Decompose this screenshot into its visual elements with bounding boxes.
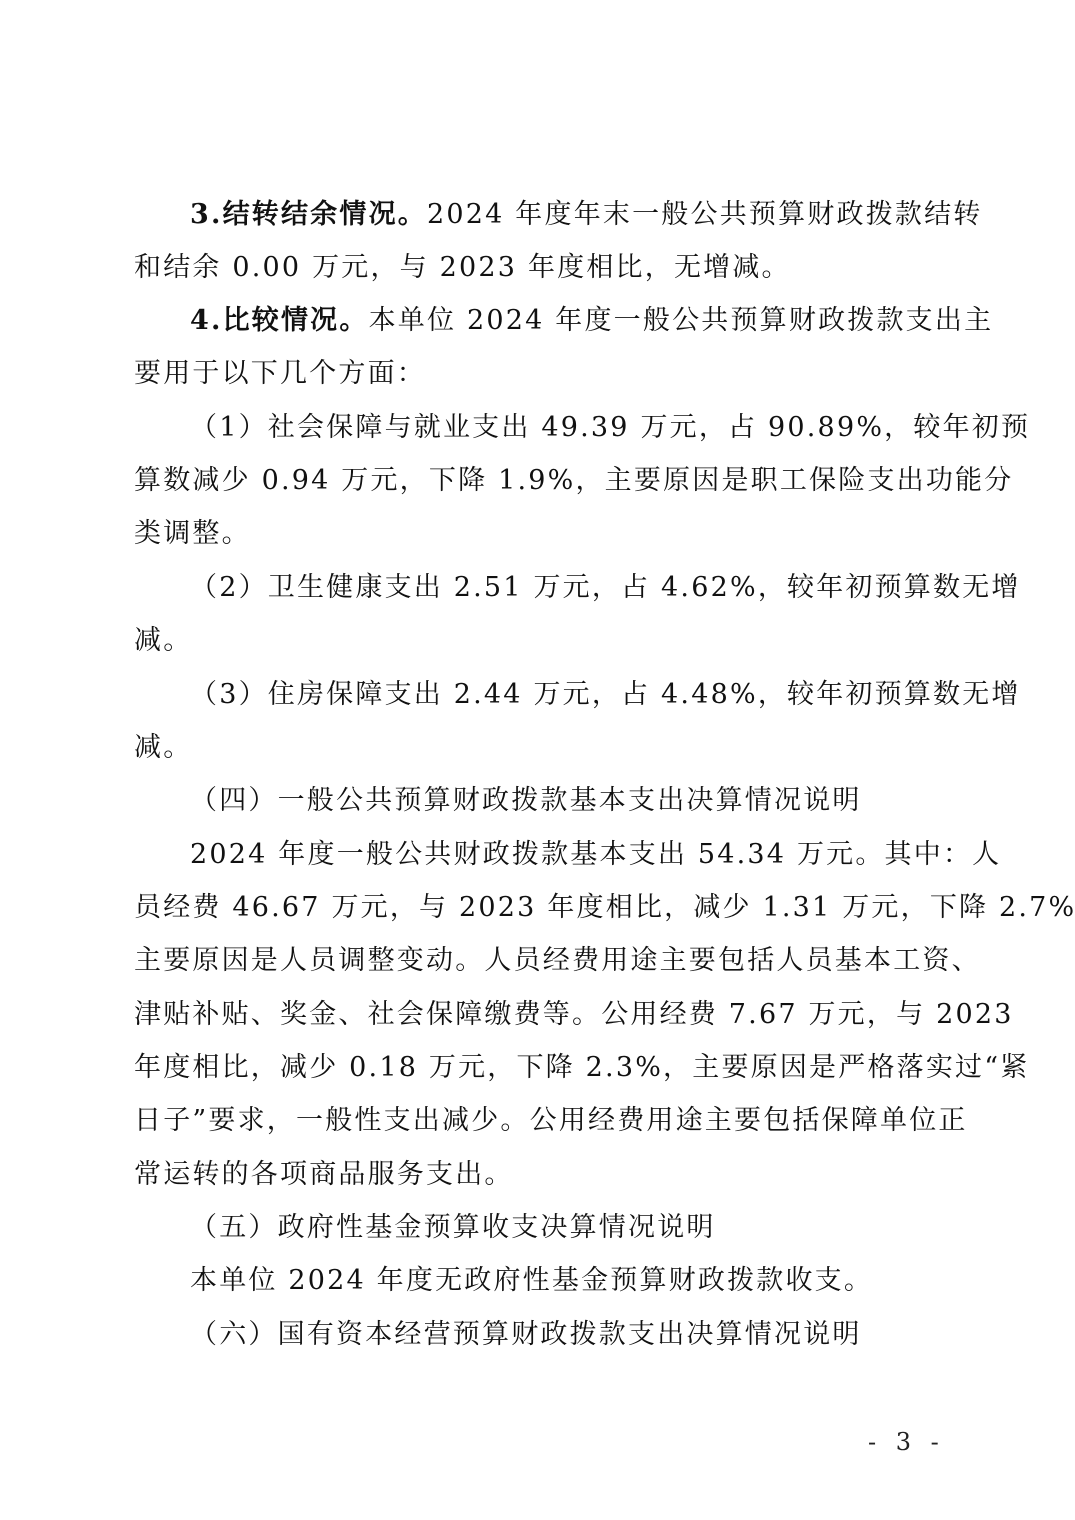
basic-expenditure-line-4: 津贴补贴、奖金、社会保障缴费等。公用经费 7.67 万元，与 2023 xyxy=(134,995,944,1035)
item-2-line-2: 减。 xyxy=(134,621,944,661)
basic-expenditure-line-3: 主要原因是人员调整变动。人员经费用途主要包括人员基本工资、 xyxy=(134,941,944,981)
basic-expenditure-line-7: 常运转的各项商品服务支出。 xyxy=(134,1155,944,1195)
item-1-line-3: 类调整。 xyxy=(134,514,944,554)
basic-expenditure-line-6: 日子”要求，一般性支出减少。公用经费用途主要包括保障单位正 xyxy=(134,1101,944,1141)
basic-expenditure-line-1: 2024 年度一般公共财政拨款基本支出 54.34 万元。其中：人 xyxy=(190,835,944,875)
comparison-heading: 4.比较情况。 xyxy=(190,305,369,336)
item-3-line-2: 减。 xyxy=(134,728,944,768)
gov-fund-line-1: 本单位 2024 年度无政府性基金预算财政拨款收支。 xyxy=(190,1261,944,1301)
section-heading-6: （六）国有资本经营预算财政拨款支出决算情况说明 xyxy=(190,1315,944,1355)
paragraph-carryover-line-2: 和结余 0.00 万元，与 2023 年度相比，无增减。 xyxy=(134,248,944,288)
item-1-line-1: （1）社会保障与就业支出 49.39 万元，占 90.89%，较年初预 xyxy=(190,408,944,448)
basic-expenditure-line-2: 员经费 46.67 万元，与 2023 年度相比，减少 1.31 万元，下降 2… xyxy=(134,888,944,928)
paragraph-comparison-line-1: 4.比较情况。本单位 2024 年度一般公共预算财政拨款支出主 xyxy=(190,301,944,341)
item-2-line-1: （2）卫生健康支出 2.51 万元，占 4.62%，较年初预算数无增 xyxy=(190,568,944,608)
section-heading-4: （四）一般公共预算财政拨款基本支出决算情况说明 xyxy=(190,781,944,821)
page-number: - 3 - xyxy=(868,1428,945,1456)
section-heading-5: （五）政府性基金预算收支决算情况说明 xyxy=(190,1208,944,1248)
item-3-line-1: （3）住房保障支出 2.44 万元，占 4.48%，较年初预算数无增 xyxy=(190,675,944,715)
item-1-line-2: 算数减少 0.94 万元，下降 1.9%，主要原因是职工保险支出功能分 xyxy=(134,461,944,501)
document-page: 3.结转结余情况。2024 年度年末一般公共预算财政拨款结转 和结余 0.00 … xyxy=(0,0,1075,1520)
carryover-heading: 3.结转结余情况。 xyxy=(190,199,427,230)
paragraph-comparison-line-2: 要用于以下几个方面： xyxy=(134,354,944,394)
basic-expenditure-line-5: 年度相比，减少 0.18 万元，下降 2.3%，主要原因是严格落实过“紧 xyxy=(134,1048,944,1088)
paragraph-carryover-line-1: 3.结转结余情况。2024 年度年末一般公共预算财政拨款结转 xyxy=(190,195,944,235)
